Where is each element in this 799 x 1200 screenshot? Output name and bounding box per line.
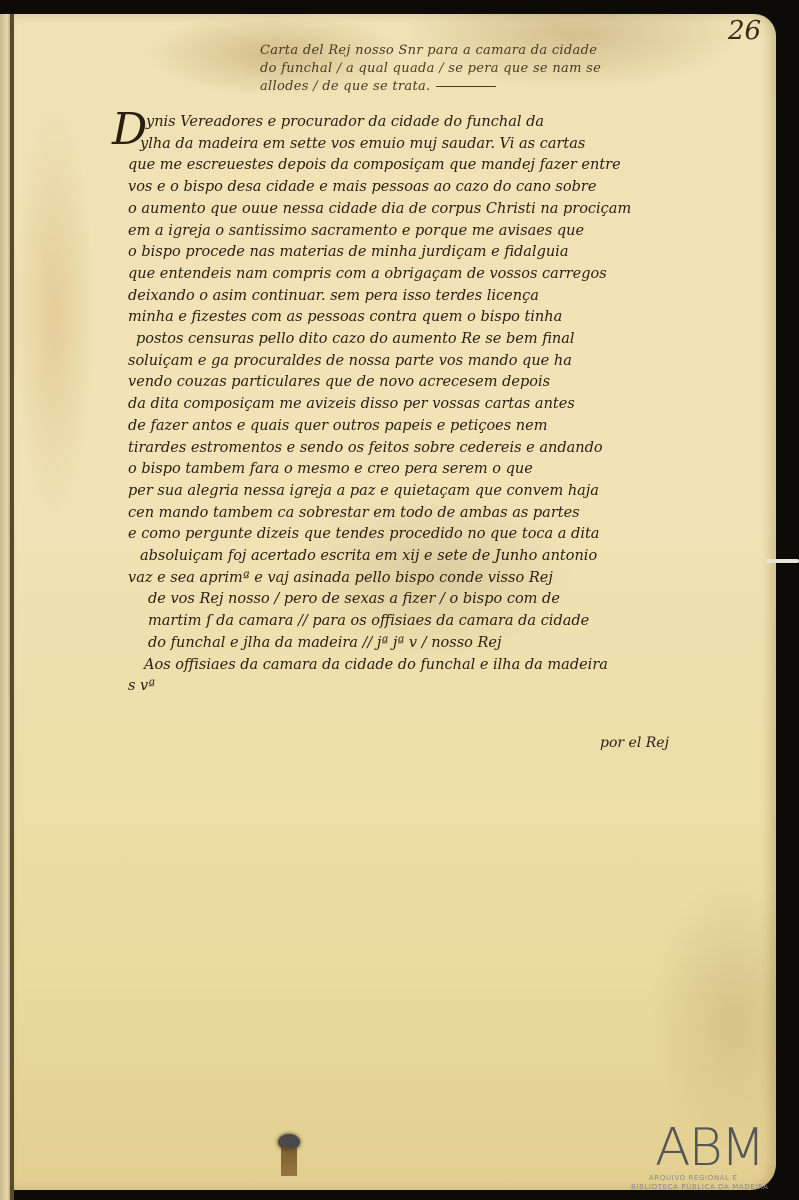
- heading-line: allodes / de que se trata.: [260, 78, 760, 96]
- body-line: absoluiçam foj acertado escrita em xij e…: [128, 546, 768, 568]
- bookmark-strip: [766, 559, 799, 563]
- watermark-line1: ARQUIVO REGIONAL E: [649, 1174, 795, 1183]
- heading-line: Carta del Rej nosso Snr para a camara da…: [260, 42, 760, 60]
- body-line: cen mando tambem ca sobrestar em todo de…: [128, 503, 768, 525]
- body-line: per sua alegria nessa igreja a paz e qui…: [128, 481, 768, 503]
- document-heading: Carta del Rej nosso Snr para a camara da…: [260, 42, 760, 96]
- body-line: martim ſ da camara // para os offisiaes …: [128, 611, 768, 633]
- body-line: o bispo procede nas materias de minha ju…: [128, 242, 768, 264]
- body-line: tirardes estromentos e sendo os feitos s…: [128, 438, 768, 460]
- watermark-line2: BIBLIOTECA PÚBLICA DA MADEIRA: [631, 1183, 795, 1192]
- body-line: e como pergunte dizeis que tendes proced…: [128, 524, 768, 546]
- body-line: o aumento que ouue nessa cidade dia de c…: [128, 199, 768, 221]
- address-line: Aos offisiaes da camara da cidade do fun…: [128, 655, 768, 677]
- body-line: em a igreja o santissimo sacramento e po…: [128, 221, 768, 243]
- body-line: que me escreuestes depois da composiçam …: [128, 155, 768, 177]
- address-line: s vª: [128, 676, 768, 698]
- body-line: da dita composiçam me avizeis disso per …: [128, 394, 768, 416]
- abm-logo: ABM: [655, 1122, 795, 1174]
- body-line: soluiçam e ga procuraldes de nossa parte…: [128, 351, 768, 373]
- body-line: deixando o asim continuar. sem pera isso…: [128, 286, 768, 308]
- archive-watermark: ABM ARQUIVO REGIONAL E BIBLIOTECA PÚBLIC…: [655, 1122, 795, 1192]
- body-line: o bispo tambem fara o mesmo e creo pera …: [128, 459, 768, 481]
- body-line: de fazer antos e quais quer outros papei…: [128, 416, 768, 438]
- ink-stain-drip: [281, 1148, 297, 1176]
- heading-rule: [436, 86, 496, 87]
- body-line: que entendeis nam compris com a obrigaça…: [128, 264, 768, 286]
- body-line: vos e o bispo desa cidade e mais pessoas…: [128, 177, 768, 199]
- body-line: vendo couzas particulares que de novo ac…: [128, 372, 768, 394]
- heading-line: do funchal / a qual quada / se pera que …: [260, 60, 760, 78]
- manuscript-body: ynis Vereadores e procurador da cidade d…: [128, 112, 768, 698]
- body-line: postos censuras pello dito cazo do aumen…: [128, 329, 768, 351]
- body-line: ylha da madeira em sette vos emuio muj s…: [128, 134, 768, 156]
- body-line: de vos Rej nosso / pero de sexas a fizer…: [128, 589, 768, 611]
- body-line: do funchal e jlha da madeira // jª jª v …: [128, 633, 768, 655]
- closing-signature: por el Rej: [600, 735, 669, 751]
- body-line: ynis Vereadores e procurador da cidade d…: [128, 112, 768, 134]
- body-line: vaz e sea aprimª e vaj asinada pello bis…: [128, 568, 768, 590]
- body-line: minha e fizestes com as pessoas contra q…: [128, 307, 768, 329]
